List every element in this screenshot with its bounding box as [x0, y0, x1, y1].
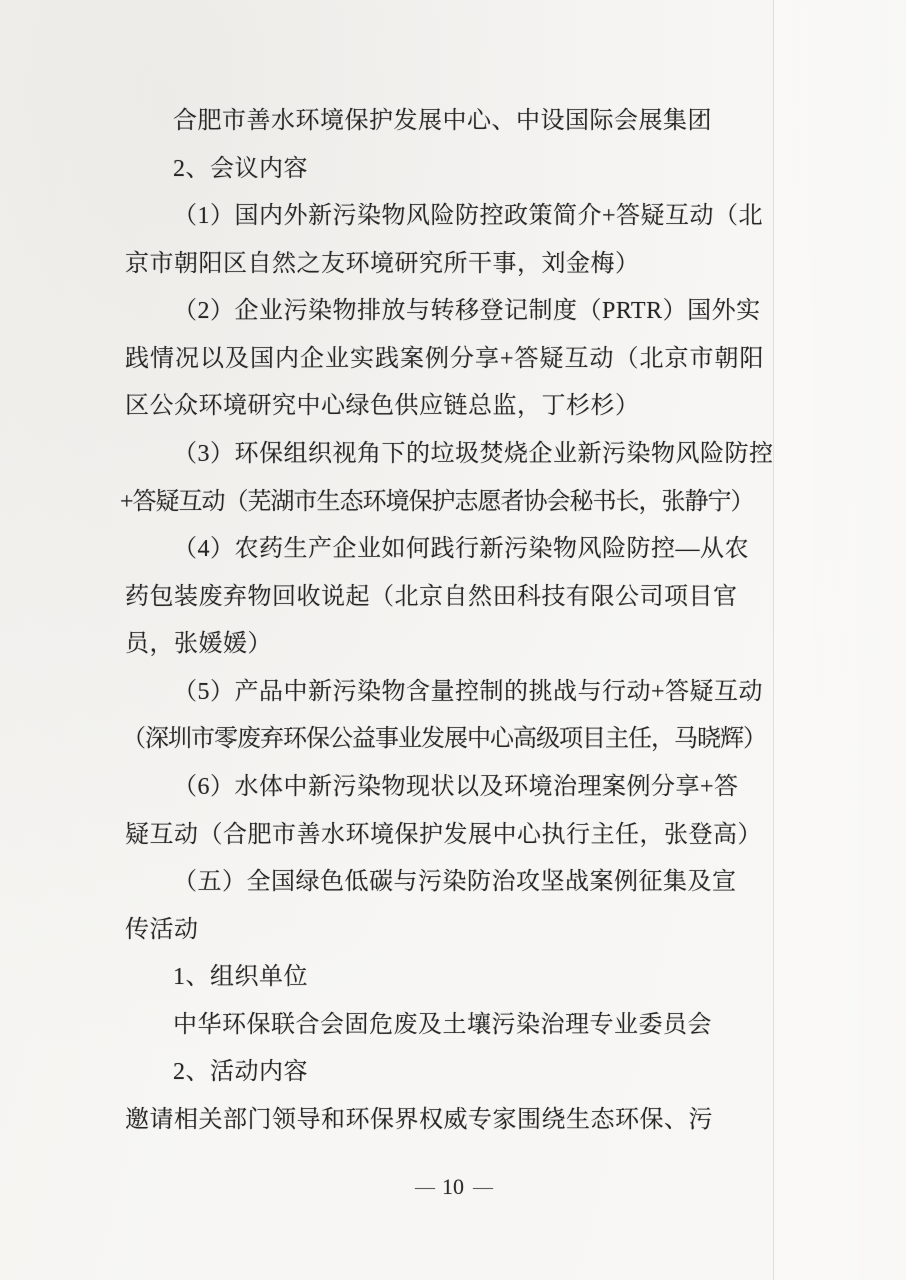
document-line: 传活动 — [125, 913, 199, 947]
document-line: 2、活动内容 — [173, 1055, 308, 1089]
document-line: 1、组织单位 — [173, 960, 308, 994]
footer-dash-left: — — [415, 1176, 433, 1198]
document-line: 2、会议内容 — [173, 152, 308, 186]
document-line: 邀请相关部门领导和环保界权威专家围绕生态环保、污 — [125, 1103, 713, 1137]
text-layer: 合肥市善水环境保护发展中心、中设国际会展集团2、会议内容（1）国内外新污染物风险… — [0, 0, 906, 1280]
document-line: （2）企业污染物排放与转移登记制度（PRTR）国外实 — [173, 294, 761, 328]
document-line: 药包装废弃物回收说起（北京自然田科技有限公司项目官 — [125, 580, 738, 614]
document-line: +答疑互动（芜湖市生态环境保护志愿者协会秘书长，张静宁） — [120, 485, 754, 519]
document-line: 员，张媛媛） — [125, 627, 272, 661]
page-number: 10 — [442, 1174, 464, 1199]
document-line: （4）农药生产企业如何践行新污染物风险防控—从农 — [173, 532, 749, 566]
document-line: 京市朝阳区自然之友环境研究所干事，刘金梅） — [125, 247, 640, 281]
document-line: （五）全国绿色低碳与污染防治攻坚战案例征集及宣 — [173, 865, 737, 899]
document-line: 合肥市善水环境保护发展中心、中设国际会展集团 — [173, 104, 712, 138]
page-footer: —10— — [0, 1172, 906, 1202]
document-line: 践情况以及国内企业实践案例分享+答疑互动（北京市朝阳 — [125, 342, 765, 376]
document-line: 疑互动（合肥市善水环境保护发展中心执行主任，张登高） — [125, 818, 762, 852]
document-page: 合肥市善水环境保护发展中心、中设国际会展集团2、会议内容（1）国内外新污染物风险… — [0, 0, 906, 1280]
document-line: （1）国内外新污染物风险防控政策简介+答疑互动（北 — [173, 199, 763, 233]
document-line: （3）环保组织视角下的垃圾焚烧企业新污染物风险防控 — [173, 437, 774, 471]
document-line: （深圳市零废弃环保公益事业发展中心高级项目主任，马晓辉） — [122, 722, 766, 756]
footer-dash-right: — — [473, 1176, 491, 1198]
document-line: （6）水体中新污染物现状以及环境治理案例分享+答 — [173, 770, 739, 804]
document-line: （5）产品中新污染物含量控制的挑战与行动+答疑互动 — [173, 675, 763, 709]
document-line: 区公众环境研究中心绿色供应链总监，丁杉杉） — [125, 389, 640, 423]
document-line: 中华环保联合会固危废及土壤污染治理专业委员会 — [173, 1008, 712, 1042]
